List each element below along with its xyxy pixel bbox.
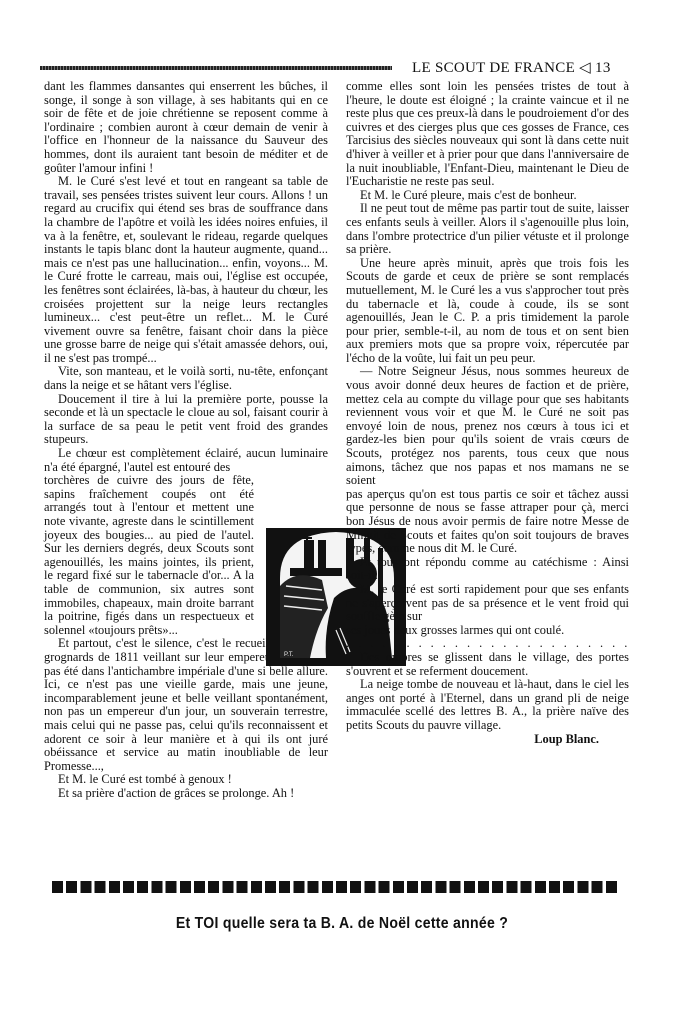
paragraph: Le chœur est complètement éclairé, aucun… xyxy=(44,447,328,474)
header-rule xyxy=(40,66,392,70)
paragraph-wrapped: Et tous ont répondu comme au catéchisme … xyxy=(346,556,629,583)
square-divider-bar xyxy=(52,881,620,893)
running-header: LE SCOUT DE FRANCE ◁ 13 xyxy=(40,58,602,78)
artist-initials: P.T. xyxy=(284,652,294,658)
paragraph: Des ombres se glissent dans le village, … xyxy=(346,651,629,678)
paragraph: Et sa prière d'action de grâces se prolo… xyxy=(44,787,328,801)
paragraph: M. le Curé s'est levé et tout en rangean… xyxy=(44,175,328,365)
paragraph: dant les flammes dansantes qui enserrent… xyxy=(44,80,328,175)
paragraph-wrapped: pas aperçus qu'on est tous partis ce soi… xyxy=(346,488,629,556)
paragraph-wrapped: torchères de cuivre des jours de fête, s… xyxy=(44,474,254,637)
paragraph: ses joues deux grosses larmes qui ont co… xyxy=(346,624,629,638)
paragraph: Et M. le Curé est tombé à genoux ! xyxy=(44,773,328,787)
section-break-dots: ........................ xyxy=(346,637,629,651)
header-title: LE SCOUT DE FRANCE ◁ 13 xyxy=(412,58,611,77)
right-column: comme elles sont loin les pensées triste… xyxy=(346,80,629,746)
paragraph: Doucement il tire à lui la première port… xyxy=(44,393,328,447)
paragraph: Une heure après minuit, après que trois … xyxy=(346,257,629,366)
call-to-action: Et TOI quelle sera ta B. A. de Noël cett… xyxy=(41,915,643,933)
paragraph: Et M. le Curé pleure, mais c'est de bonh… xyxy=(346,189,629,203)
paragraph: Il ne peut tout de même pas partir tout … xyxy=(346,202,629,256)
page-number: 13 xyxy=(595,60,611,76)
left-column: dant les flammes dansantes qui enserrent… xyxy=(44,80,328,800)
paragraph: comme elles sont loin les pensées triste… xyxy=(346,80,629,189)
paragraph: Vite, son manteau, et le voilà sorti, nu… xyxy=(44,365,328,392)
paragraph: La neige tombe de nouveau et là-haut, da… xyxy=(346,678,629,732)
arrow-icon: ◁ xyxy=(579,60,591,76)
paragraph-wrapped: M. le Curé est sorti rapidement pour que… xyxy=(346,583,629,624)
author-signature: Loup Blanc. xyxy=(346,733,629,747)
journal-title: LE SCOUT DE FRANCE xyxy=(412,60,575,76)
paragraph: — Notre Seigneur Jésus, nous sommes heur… xyxy=(346,365,629,487)
